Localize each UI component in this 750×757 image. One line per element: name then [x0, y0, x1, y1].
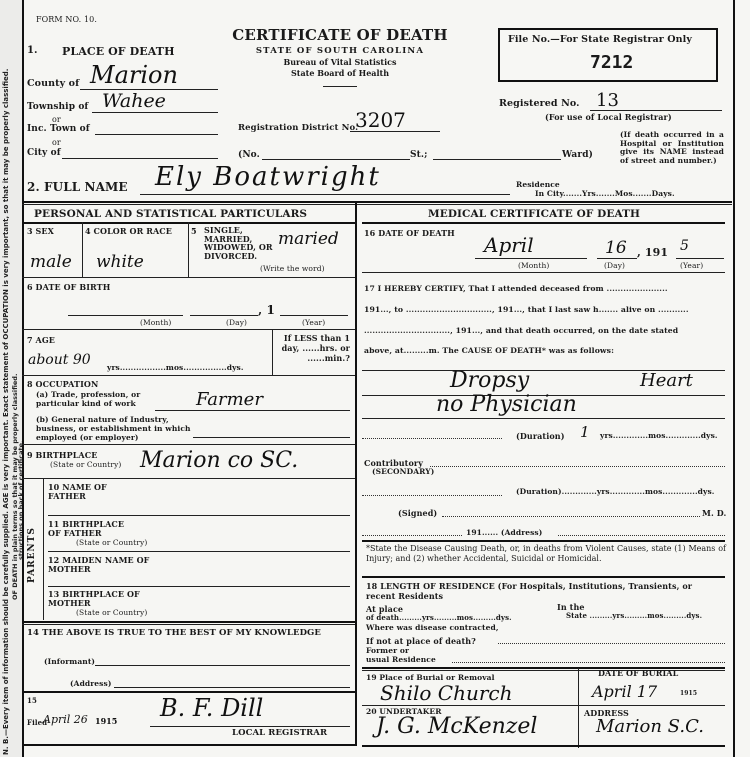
of-death-line: of death.........yrs.........mos........… [366, 613, 512, 622]
registrar-signature-line [150, 726, 350, 727]
mother-maiden-line [48, 586, 350, 587]
address-date-line [362, 535, 462, 536]
contributory-line [430, 466, 725, 467]
burial-date-value: April 17 [592, 682, 657, 701]
street-label: St.; [410, 150, 428, 160]
address-line [558, 535, 725, 536]
birthplace-sub: (State or Country) [50, 460, 121, 469]
certify-line-3: ..............................., 191...,… [364, 326, 678, 335]
dob-label: 6 DATE OF BIRTH [27, 282, 110, 292]
street-line [262, 159, 410, 160]
occupation-b-label: (b) General nature of Industry, business… [36, 415, 196, 442]
inc-town-label: Inc. Town of [27, 124, 90, 134]
md-label: M. D. [702, 508, 726, 518]
marital-number: 5 [191, 226, 197, 236]
burial-date-label: DATE OF BURIAL [598, 668, 678, 678]
footnote: *State the Disease Causing Death, or, in… [366, 544, 726, 564]
medical-heading-rule [362, 222, 725, 224]
length-of-residence-heading: 18 LENGTH OF RESIDENCE (For Hospitals, I… [366, 581, 724, 601]
former-label: Former or [366, 646, 409, 655]
margin-note-line-1: N. B.—Every item of information should b… [2, 69, 10, 755]
main-top-rule [22, 201, 732, 203]
bureau-name: Bureau of Vital Statistics [225, 57, 455, 67]
cause-primary: Dropsy [450, 368, 529, 393]
contracted-label: Where was disease contracted, [366, 623, 499, 632]
full-name-label: 2. FULL NAME [27, 180, 128, 194]
registered-no-label: Registered No. [499, 98, 580, 109]
usual-residence-label: usual Residence [366, 655, 436, 664]
signed-line [442, 516, 700, 517]
dod-month-line [475, 258, 587, 259]
usual-residence-line [452, 662, 725, 663]
or-label-1: or [52, 115, 61, 124]
dod-label: 16 DATE OF DEATH [364, 228, 455, 238]
county-value: Marion [90, 61, 178, 89]
dod-year-prefix: , 191 [637, 246, 668, 259]
mother-birthplace-label: 13 BIRTHPLACE OF MOTHER [48, 590, 148, 608]
right-bottom-rule [362, 745, 725, 747]
race-divider [188, 222, 189, 277]
dob-comma: , 1 [258, 303, 275, 317]
title-rule [323, 86, 357, 87]
burial-rule [362, 705, 725, 706]
informant-address-label: (Address) [70, 679, 111, 688]
father-name-label: 10 NAME OF FATHER [48, 483, 138, 501]
dob-day-caption: (Day) [226, 318, 247, 327]
duration-cause-line [362, 438, 502, 439]
duration2-cause-line [362, 495, 502, 496]
parents-bottom-rule [22, 621, 355, 623]
inc-town-line [95, 134, 218, 135]
age-label: 7 AGE [27, 335, 55, 345]
file-number-label: File No.—For State Registrar Only [508, 34, 692, 45]
dob-day-line [190, 315, 258, 316]
secondary-label: (SECONDARY) [372, 467, 434, 476]
certificate-header: CERTIFICATE OF DEATH STATE OF SOUTH CARO… [225, 26, 455, 87]
certify-line-4: above, at.........m. The CAUSE OF DEATH*… [364, 346, 614, 355]
father-name-line [48, 515, 350, 516]
left-bottom-rule [22, 744, 355, 746]
dob-year-line [280, 315, 348, 316]
residence-label: Residence [516, 180, 560, 189]
occupation-b-line [193, 437, 350, 438]
race-value: white [96, 252, 144, 272]
birthplace-label: 9 BIRTHPLACE [27, 450, 97, 460]
if-not-label: If not at place of death? [366, 636, 476, 646]
occupation-a-line [155, 410, 350, 411]
occupation-value: Farmer [196, 389, 263, 410]
registrar-signature: B. F. Dill [160, 694, 263, 722]
dod-day-line [597, 258, 637, 259]
place-of-death-number: 1. [27, 45, 38, 56]
or-label-2: or [52, 138, 61, 147]
dob-month-caption: (Month) [140, 318, 171, 327]
main-top-rule-2 [22, 204, 732, 205]
signed-label: (Signed) [398, 508, 437, 518]
filed-number: 15 [27, 696, 37, 705]
dob-month-line [68, 315, 183, 316]
burial-place-value: Shilo Church [380, 681, 512, 705]
center-divider [355, 201, 357, 746]
informant-heading: 14 THE ABOVE IS TRUE TO THE BEST OF MY K… [27, 628, 321, 638]
race-label: 4 COLOR OR RACE [85, 226, 172, 236]
age-value: about 90 [28, 352, 91, 368]
parents-bottom-rule-2 [22, 624, 355, 625]
sex-label: 3 SEX [27, 226, 54, 236]
row-rule-4 [22, 444, 355, 445]
city-line [62, 158, 218, 159]
certify-line-2: 191..., to .............................… [364, 305, 689, 314]
footnote-top-rule [362, 540, 725, 542]
footnote-bottom-rule [362, 576, 725, 578]
file-number-box: File No.—For State Registrar Only 7212 [498, 28, 718, 82]
file-number-value: 7212 [590, 52, 633, 73]
address-line-label: 191...... (Address) [466, 528, 542, 537]
less-than-day-note: If LESS than 1 day, ......hrs. or ......… [280, 333, 350, 363]
township-line [92, 112, 218, 113]
city-label: City of [27, 148, 61, 158]
registered-no-value: 13 [596, 90, 619, 111]
row-rule-1 [22, 277, 355, 278]
county-label: County of [27, 78, 79, 89]
father-birthplace-label: 11 BIRTHPLACE OF FATHER [48, 520, 138, 538]
sex-value: male [30, 252, 72, 272]
mother-maiden-label: 12 MAIDEN NAME OF MOTHER [48, 556, 158, 574]
row-rule-5 [22, 478, 355, 479]
board-name: State Board of Health [225, 68, 455, 78]
duration-units: yrs.............mos.............dys. [600, 431, 718, 440]
duration-value: 1 [580, 423, 590, 441]
marital-label: SINGLE, MARRIED, WIDOWED, OR DIVORCED. [204, 226, 274, 260]
dod-day-caption: (Day) [604, 261, 625, 270]
cause-primary-part2: Heart [640, 370, 693, 391]
row-rule-2 [22, 329, 355, 330]
age-units: yrs.................mos................d… [107, 363, 244, 372]
birthplace-value: Marion co SC. [140, 448, 298, 473]
place-of-death-heading: PLACE OF DEATH [62, 45, 175, 58]
informant-address-line [114, 687, 350, 688]
father-birthplace-sub: (State or Country) [76, 538, 147, 547]
marital-value: maried [278, 229, 339, 249]
burial-divider [578, 668, 579, 748]
father-birthplace-line [48, 551, 350, 552]
residence-in-city: In City.......Yrs.......Mos.......Days. [535, 189, 675, 198]
full-name-value: Ely Boatwright [155, 162, 381, 192]
cause-note: no Physician [436, 392, 577, 417]
occupation-a-label: (a) Trade, profession, or particular kin… [36, 390, 156, 408]
burial-year: 1915 [680, 690, 697, 697]
state-line: State .........yrs.........mos.........d… [566, 611, 702, 620]
informant-line [95, 665, 350, 666]
township-value: Wahee [102, 90, 166, 112]
parents-label: PARENTS [27, 500, 37, 610]
full-name-line [140, 194, 510, 195]
registration-district-value: 3207 [355, 108, 406, 132]
medical-rule-1 [362, 272, 725, 273]
parents-divider [43, 478, 44, 620]
cause-line-3 [362, 418, 725, 419]
dod-year-caption: (Year) [680, 261, 703, 270]
dod-year-suffix: 5 [680, 238, 689, 254]
dod-day-value: 16 [605, 238, 627, 258]
dod-year-line [676, 258, 724, 259]
street-number-label: (No. [238, 150, 260, 160]
township-label: Township of [27, 102, 88, 112]
dod-month-value: April [484, 233, 534, 257]
dod-month-caption: (Month) [518, 261, 549, 270]
state-name: STATE OF SOUTH CAROLINA [225, 46, 455, 56]
filed-year: 1915 [95, 716, 117, 726]
certify-line-1: 17 I HEREBY CERTIFY, That I attended dec… [364, 284, 668, 293]
age-divider [272, 329, 273, 375]
ward-label: Ward) [562, 150, 593, 160]
ward-line [433, 159, 561, 160]
certificate-title: CERTIFICATE OF DEATH [225, 26, 455, 44]
informant-label: (Informant) [44, 657, 95, 666]
registration-district-label: Registration District No. [238, 123, 358, 133]
duration-label: (Duration) [516, 431, 565, 441]
right-border [733, 0, 735, 757]
informant-bottom-rule [22, 691, 355, 693]
local-registrar-note: (For use of Local Registrar) [545, 112, 672, 122]
row-rule-3 [22, 375, 355, 376]
undertaker-value: J. G. McKenzel [376, 714, 537, 739]
sex-divider [82, 222, 83, 277]
filed-date-value: April 26 [43, 713, 88, 726]
if-not-line [498, 643, 725, 644]
marital-write-the-word: (Write the word) [260, 264, 325, 273]
local-registrar-label: LOCAL REGISTRAR [232, 728, 327, 738]
death-certificate: N. B.—Every item of information should b… [0, 0, 750, 757]
mother-birthplace-sub: (State or Country) [76, 608, 147, 617]
undertaker-address-value: Marion S.C. [596, 716, 704, 737]
duration2-line: (Duration).............yrs.............m… [516, 487, 715, 496]
hospital-note: (If death occurred in a Hospital or Inst… [620, 131, 724, 165]
occupation-label: 8 OCCUPATION [27, 379, 98, 389]
medical-heading: MEDICAL CERTIFICATE OF DEATH [428, 208, 640, 220]
form-number: FORM NO. 10. [36, 15, 97, 24]
dob-year-caption: (Year) [302, 318, 325, 327]
personal-heading: PERSONAL AND STATISTICAL PARTICULARS [34, 208, 307, 220]
left-border [22, 0, 24, 757]
